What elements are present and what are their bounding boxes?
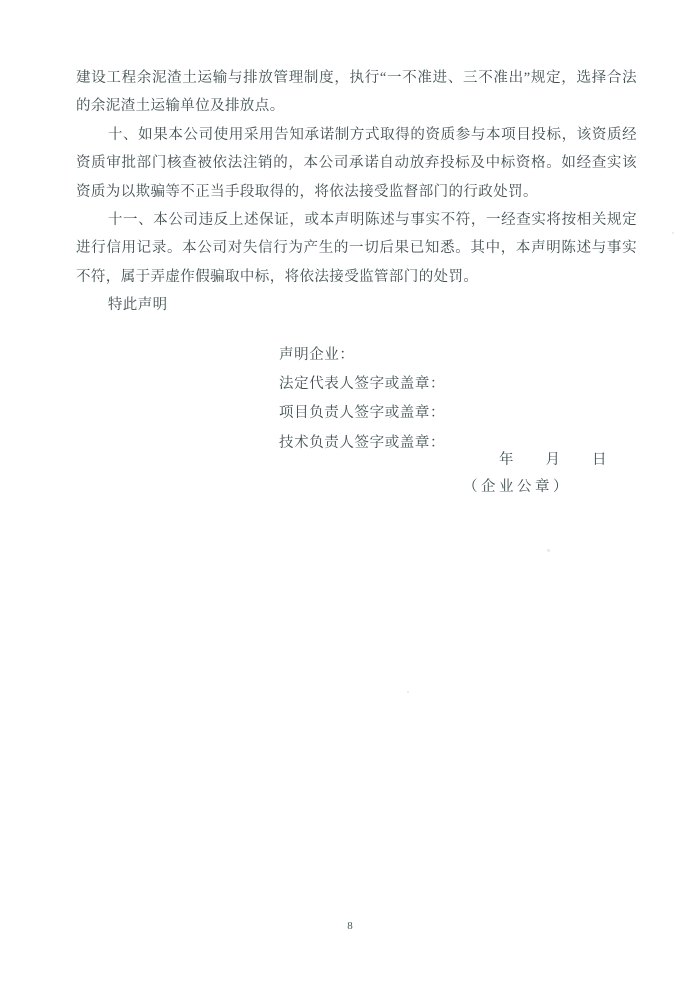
date-line: 年 月 日: [499, 452, 608, 469]
paragraph-continuation: 建设工程余泥渣土运输与排放管理制度，执行“一不准进、三不准出”规定，选择合法的余…: [76, 64, 637, 121]
paragraph-item-10: 十、如果本公司使用采用告知承诺制方式取得的资质参与本项目投标，该资质经资质审批部…: [76, 121, 637, 206]
project-manager-label: 项目负责人签字或盖章：: [279, 399, 445, 428]
paragraph-item-11: 十一、本公司违反上述保证，或本声明陈述与事实不符，一经查实将按相关规定进行信用记…: [76, 206, 637, 291]
technical-manager-label: 技术负责人签字或盖章：: [279, 429, 445, 458]
legal-representative-label: 法定代表人签字或盖章：: [279, 370, 445, 399]
signature-block: 声明企业： 法定代表人签字或盖章： 项目负责人签字或盖章： 技术负责人签字或盖章…: [279, 341, 445, 458]
scan-speckle: [547, 549, 550, 552]
page-number: 8: [0, 920, 700, 932]
declaring-company-label: 声明企业：: [279, 341, 445, 370]
scan-speckle: [672, 232, 674, 234]
company-seal-note: （企业公章）: [463, 478, 571, 496]
scan-speckle: [407, 691, 409, 693]
document-page: 建设工程余泥渣土运输与排放管理制度，执行“一不准进、三不准出”规定，选择合法的余…: [0, 0, 700, 989]
declaration-body: 建设工程余泥渣土运输与排放管理制度，执行“一不准进、三不准出”规定，选择合法的余…: [76, 64, 637, 320]
hereby-declare-line: 特此声明: [76, 291, 637, 319]
